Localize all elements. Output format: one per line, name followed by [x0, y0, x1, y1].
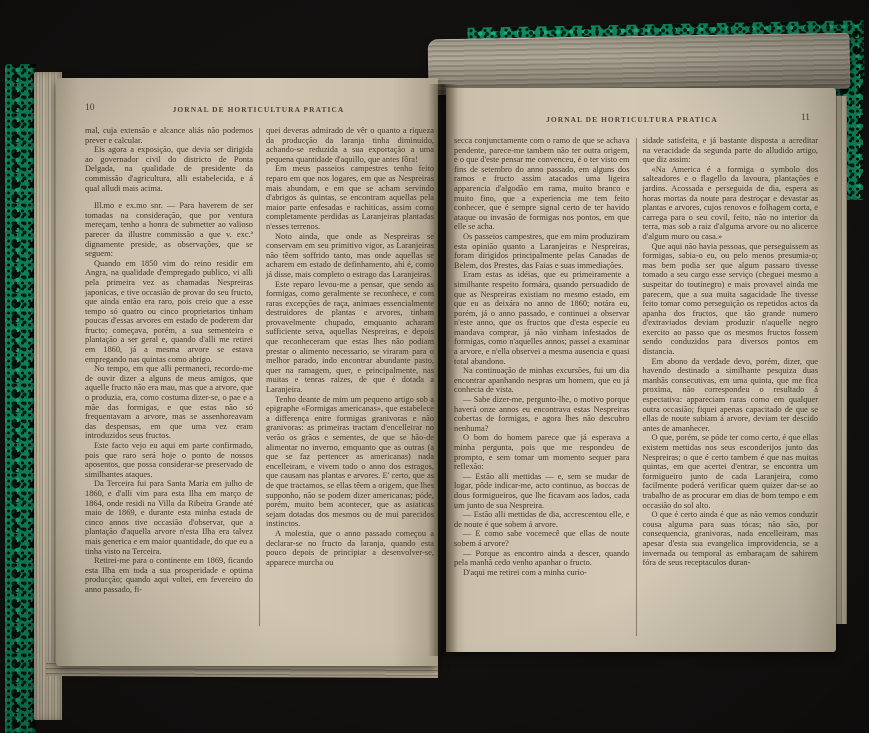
left-page-content: 10 JORNAL DE HORTICULTURA PRATICA mal, c…	[56, 78, 438, 666]
right-page-column-1: secca conjunctamente com o ramo de que s…	[454, 136, 636, 641]
left-page-column-2: quei deveras admirado de vêr o quanto a …	[260, 126, 434, 631]
open-book-scan: 10 JORNAL DE HORTICULTURA PRATICA mal, c…	[0, 0, 869, 733]
paragraph: Ill.mo e ex.mo snr. — Para haverem de se…	[85, 201, 253, 259]
book-cover-marble-left	[5, 64, 36, 733]
paragraph: Em meus passeios campestres tenho feito …	[266, 164, 434, 231]
paragraph: Da Terceira fui para Santa Maria em julh…	[85, 479, 253, 556]
paragraph: O que é certo ainda é que as não vemos c…	[643, 510, 819, 568]
paragraph: — Sabe dizer-me, pergunto-lhe, o motivo …	[454, 395, 630, 433]
running-title: JORNAL DE HORTICULTURA PRATICA	[85, 105, 432, 114]
paragraph: O que, porém, se póde ter como certo, é …	[643, 433, 819, 510]
left-page-column-1: mal, cuja extensão e alcance aliás não p…	[85, 126, 259, 631]
paragraph: — E como sabe vocemecê que ellas de nout…	[454, 529, 630, 548]
right-page-header: JORNAL DE HORTICULTURA PRATICA 11	[454, 115, 810, 128]
paragraph: Os passeios campestres, que em mim produ…	[454, 232, 630, 270]
paragraph: — Estão alli mettidas — e, sem se mudar …	[454, 472, 630, 510]
paragraph: quei deveras admirado de vêr o quanto a …	[266, 126, 434, 164]
paragraph: Em abono da verdade devo, porém, dizer, …	[643, 357, 819, 434]
running-title: JORNAL DE HORTICULTURA PRATICA	[454, 115, 810, 124]
right-page-columns: secca conjunctamente com o ramo de que s…	[454, 136, 818, 641]
paragraph: Quando em 1850 vim do reino residir em A…	[85, 259, 253, 365]
paragraph: Este reparo levou-me a pensar, que sendo…	[266, 280, 434, 395]
paragraph: — Estão alli mettidas de dia, accrescent…	[454, 510, 630, 529]
paragraph: Eis agora a exposição, que devia ser dir…	[85, 145, 253, 193]
paragraph: Eram estas as idéias, que eu primeiramen…	[454, 270, 630, 366]
left-page-header: 10 JORNAL DE HORTICULTURA PRATICA	[85, 105, 432, 118]
paragraph: Retirei-me para o continente em 1869, fi…	[85, 556, 253, 594]
paragraph: O bom do homem parece que já esperava a …	[454, 433, 630, 471]
left-page-columns: mal, cuja extensão e alcance aliás não p…	[85, 126, 434, 631]
left-page: 10 JORNAL DE HORTICULTURA PRATICA mal, c…	[56, 78, 438, 666]
paragraph: Tenho deante de mim um pequeno artigo so…	[266, 395, 434, 529]
page-number: 10	[85, 103, 95, 113]
page-number: 11	[801, 113, 810, 123]
paragraph: sidade satisfeita, e já bastante dispost…	[643, 136, 819, 165]
paragraph: mal, cuja extensão e alcance aliás não p…	[85, 126, 253, 145]
paragraph: A molestia, que o anno passado começou a…	[266, 529, 434, 567]
paragraph: No tempo, em que alli permaneci, recordo…	[85, 364, 253, 441]
paragraph: secca conjunctamente com o ramo de que s…	[454, 136, 630, 232]
paragraph: — Porque as encontro ainda a descer, qua…	[454, 549, 630, 568]
paragraph: Na continuação de minhas excursões, fui …	[454, 366, 630, 395]
paragraph: D'aqui me retirei com a minha curio-	[454, 568, 630, 578]
paragraph: Este facto vejo eu aqui em parte confirm…	[85, 441, 253, 479]
right-page: JORNAL DE HORTICULTURA PRATICA 11 secca …	[446, 88, 836, 652]
paragraph: Noto ainda, que onde as Nespreiras se co…	[266, 232, 434, 280]
paragraph: «Na America é a formiga o symbolo dos sa…	[643, 165, 819, 242]
right-page-column-2: sidade satisfeita, e já bastante dispost…	[637, 136, 819, 641]
right-page-content: JORNAL DE HORTICULTURA PRATICA 11 secca …	[446, 88, 836, 652]
page-block-top-edge	[428, 33, 851, 96]
paragraph: Que aqui não havia pessoas, que persegui…	[643, 242, 819, 357]
